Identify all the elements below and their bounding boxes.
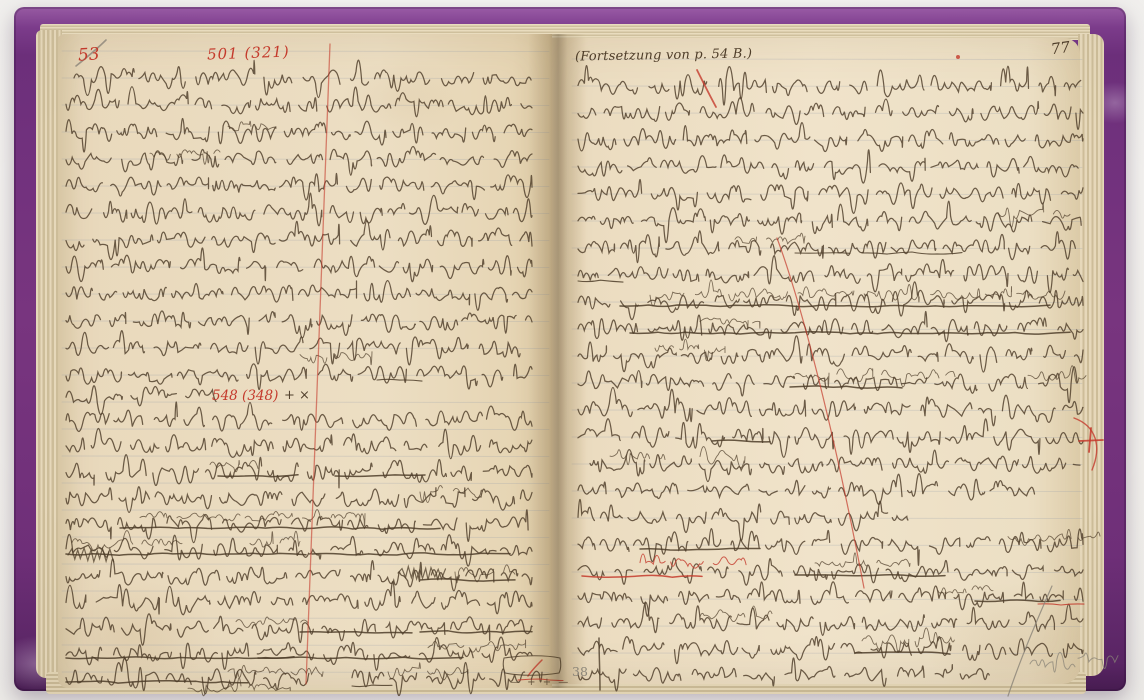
handwriting-line xyxy=(815,553,910,567)
handwriting-line xyxy=(66,193,532,226)
handwriting-line xyxy=(66,364,532,390)
handwriting-line xyxy=(74,60,531,97)
handwriting-line xyxy=(578,231,1075,263)
handwriting-line xyxy=(66,281,532,311)
handwriting-line xyxy=(250,531,300,547)
strikethrough-mark xyxy=(712,440,770,442)
handwriting-line xyxy=(66,386,216,415)
red-plus-mark xyxy=(1079,440,1103,441)
handwriting-line xyxy=(66,248,532,282)
strikethrough-mark xyxy=(640,549,760,551)
handwriting-line xyxy=(66,146,532,175)
handwriting-line xyxy=(1030,652,1075,672)
handwriting-line xyxy=(578,419,1083,457)
underline-mark xyxy=(352,685,392,686)
underline-mark xyxy=(377,379,422,381)
handwriting-line xyxy=(150,150,220,164)
right-folio-number: 77 xyxy=(1050,38,1071,58)
archive-number: 501 (321) xyxy=(207,43,290,64)
underline-mark xyxy=(1038,604,1084,605)
continuation-note: (Fortsetzung von p. 54 B.) xyxy=(575,46,752,64)
strikethrough-mark xyxy=(66,553,306,555)
gutter-shadow xyxy=(528,34,586,688)
handwriting-line xyxy=(66,311,532,338)
pencil-arc-mark xyxy=(1008,586,1052,696)
handwriting-line xyxy=(578,388,1083,426)
strikethrough-mark xyxy=(66,681,248,683)
handwriting-line xyxy=(578,256,1083,293)
strikethrough-mark xyxy=(620,305,1050,307)
handwriting-line xyxy=(66,658,309,694)
handwriting-line xyxy=(66,429,532,459)
pencil-folio-number: 38 xyxy=(572,664,588,679)
handwriting-line xyxy=(655,339,725,360)
handwriting-line xyxy=(578,66,1081,105)
handwriting-line xyxy=(1078,653,1118,669)
handwriting-line xyxy=(578,658,989,691)
handwriting-line xyxy=(578,282,1083,320)
left-folio-number: 53 xyxy=(77,44,100,65)
section-number: 548 (348) xyxy=(212,388,278,404)
red-slash-mark xyxy=(697,70,716,107)
handwriting-line xyxy=(66,535,532,567)
handwriting-line xyxy=(578,499,908,540)
handwriting-line xyxy=(578,367,1077,403)
handwriting-line xyxy=(578,637,1083,664)
strikethrough-mark xyxy=(335,475,425,477)
revision-cross-marks: — + + — xyxy=(510,677,570,688)
handwriting-line xyxy=(388,663,468,680)
handwriting-line xyxy=(578,474,1035,505)
strikethrough-mark xyxy=(630,332,1070,334)
handwriting-line xyxy=(66,119,532,152)
underline-mark xyxy=(795,253,850,254)
handwriting-line xyxy=(578,336,1083,372)
manuscript-photo: 53 501 (321) 548 (348) + × (Fortsetzung … xyxy=(0,0,1144,700)
handwriting-line xyxy=(700,606,772,622)
handwriting-line xyxy=(428,640,526,652)
handwriting-line xyxy=(66,487,532,513)
handwriting-line xyxy=(578,529,1083,566)
red-arc-mark xyxy=(1074,418,1097,470)
handwriting-line xyxy=(578,312,1083,342)
handwriting-line xyxy=(578,603,1083,636)
handwriting-line xyxy=(66,87,532,117)
strikethrough-mark xyxy=(420,579,515,581)
section-suffix-mark: + × xyxy=(284,388,310,403)
handwriting-line xyxy=(66,637,532,670)
handwriting-line xyxy=(66,402,532,431)
handwriting-line xyxy=(578,201,1081,242)
strikethrough-mark xyxy=(312,553,510,555)
handwriting-line xyxy=(578,150,1078,183)
handwriting-line xyxy=(66,582,532,615)
handwriting-line xyxy=(578,123,1083,152)
red-dot-mark xyxy=(956,55,960,59)
